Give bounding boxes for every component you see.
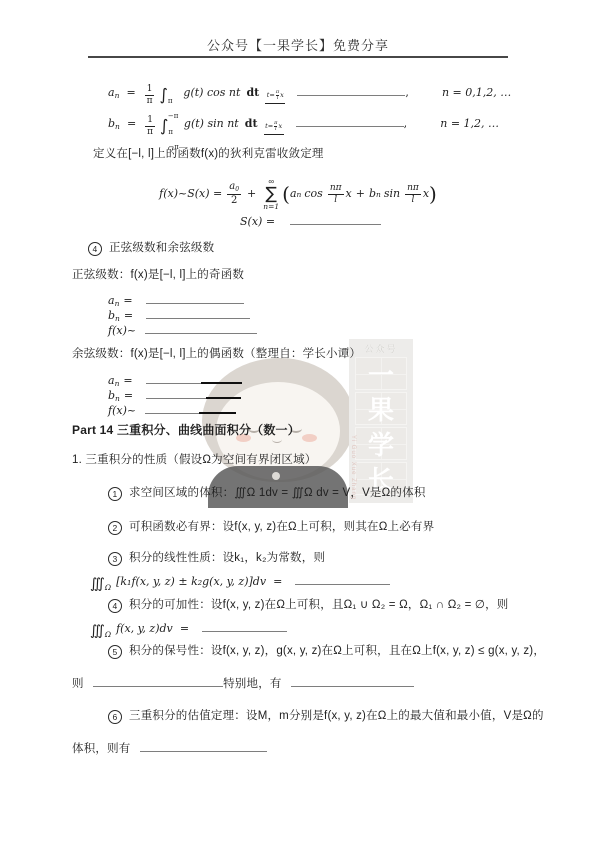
fraction: nπl	[405, 184, 421, 205]
fraction: a02	[227, 182, 241, 206]
property-item-1: 1求空间区域的体积：∭Ω 1dv = ∭Ω dv = V，V是Ω的体积	[108, 486, 426, 501]
blank-line	[146, 372, 201, 384]
blank-line	[145, 402, 199, 414]
page-header: 公众号【一果学长】免费分享	[0, 38, 596, 54]
brand-watermark: 公众号 一 果 学 长 Yi Guo Xue Zhang	[349, 339, 413, 503]
dirichlet-line: 定义在[−l, l]上的函数f(x)的狄利克雷收敛定理	[93, 147, 324, 161]
section1-heading: 1. 三重积分的性质（假设Ω为空间有界闭区域）	[72, 453, 316, 467]
circled-number: 3	[108, 552, 122, 566]
fourier-series-formula: f(x)~S(x) = a02 + ∞∑n=1 ( an cos nπl x +…	[0, 178, 596, 211]
part14-heading: Part 14 三重积分、曲线曲面积分（数一）	[72, 423, 300, 438]
linearity-formula: ∭Ω [k₁f(x, y, z) ± k₂g(x, y, z)]dv =	[90, 573, 390, 594]
estimate-blank-line: 体积，则有	[72, 740, 267, 756]
sine-series-intro: 正弦级数：f(x)是[−l, l]上的奇函数	[72, 268, 244, 282]
brand-watermark-char: 果	[355, 392, 407, 425]
blank-line	[202, 620, 287, 632]
blank-line-bold	[206, 386, 241, 399]
formula-bn: bn = 1π ∫π−π g(t) sin nt dt t=πlx , n = …	[108, 115, 499, 151]
sine-fx-line: f(x)~	[108, 322, 257, 339]
blank-line	[290, 213, 381, 225]
blank-line-bold	[201, 371, 242, 384]
blank-line	[146, 307, 250, 319]
blank-line-bold	[199, 401, 236, 414]
mascot-pendant	[272, 472, 280, 480]
cosine-series-intro: 余弦级数：f(x)是[−l, l]上的偶函数（整理自：学长小谭）	[72, 347, 361, 361]
property-item-3: 3积分的线性性质：设k₁，k₂为常数，则	[108, 551, 325, 566]
index-range: n = 0,1,2, …	[442, 86, 511, 99]
cosine-fx-line: f(x)~	[108, 401, 236, 419]
blank-line	[146, 292, 244, 304]
substitution-arrow: t=πlx	[265, 90, 285, 104]
section-heading-series: 4正弦级数和余弦级数	[88, 241, 214, 256]
blank-line	[93, 675, 223, 687]
sx-line: S(x) =	[240, 213, 381, 230]
index-range: n = 1,2, …	[440, 117, 499, 130]
circled-number: 6	[108, 710, 122, 724]
blank-line	[295, 573, 390, 585]
property-item-2: 2可积函数必有界：设f(x, y, z)在Ω上可积，则其在Ω上必有界	[108, 520, 434, 535]
brand-watermark-char: 学	[355, 427, 407, 460]
brand-watermark-char: 一	[355, 357, 407, 390]
property-item-4: 4积分的可加性：设f(x, y, z)在Ω上可积，且Ω₁ ∪ Ω₂ = Ω，Ω₁…	[108, 598, 509, 613]
header-rule	[88, 56, 508, 58]
circled-number: 5	[108, 645, 122, 659]
blank-line	[296, 115, 404, 127]
sign-preservation-blank-line: 则 特别地，有	[72, 675, 414, 691]
sigma-sum: ∞∑n=1	[263, 178, 279, 211]
triple-integral-sign: ∭	[90, 576, 105, 592]
fraction: 1π	[145, 85, 155, 106]
additivity-formula: ∭Ω f(x, y, z)dv =	[90, 620, 287, 641]
mascot-blush	[302, 434, 317, 442]
property-item-6: 6三重积分的估值定理：设M，m分别是f(x, y, z)在Ω上的最大值和最小值，…	[108, 709, 544, 724]
property-item-5: 5积分的保号性：设f(x, y, z)，g(x, y, z)在Ω上可积，且在Ω上…	[108, 644, 545, 659]
fraction: 1π	[145, 116, 155, 137]
blank-line	[145, 322, 257, 334]
integral-sign: ∫	[160, 116, 168, 135]
circled-number: 2	[108, 521, 122, 535]
document-page: 公众号 一 果 学 长 Yi Guo Xue Zhang 公众号【一果学长】免费…	[0, 0, 596, 842]
circled-number: 1	[108, 487, 122, 501]
triple-integral-sign: ∭	[90, 623, 105, 639]
circled-number: 4	[88, 242, 102, 256]
blank-line	[140, 740, 267, 752]
fraction: nπl	[328, 184, 344, 205]
blank-line	[291, 675, 414, 687]
circled-number: 4	[108, 599, 122, 613]
substitution-arrow: t=πlx	[264, 121, 284, 135]
integral-sign: ∫	[160, 85, 168, 104]
blank-line	[297, 84, 405, 96]
blank-line	[146, 387, 206, 399]
